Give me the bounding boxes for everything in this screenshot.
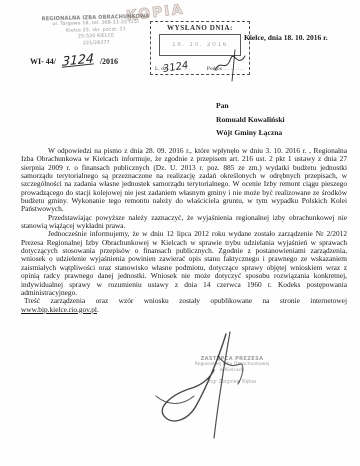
body-paragraph-3: Jednocześnie informujemy, że w dniu 12 l… — [21, 230, 347, 297]
body-paragraph-4: Treść zarządzenia oraz wzór wniosku zost… — [21, 297, 347, 314]
reference-prefix: WI- 44/ — [30, 57, 56, 66]
document-page: REGIONALNA IZBA OBRACHUNKOWA ul. Targowa… — [0, 0, 360, 466]
handwritten-registry-number: 3124 — [162, 60, 189, 75]
clerk-signature-icon — [211, 48, 251, 82]
addressee-name: Romuald Kowaliński — [216, 113, 285, 127]
handwritten-reference-number: 3124 — [62, 53, 94, 67]
addressee-block: Pan Romuald Kowaliński Wójt Gminy Łączna — [216, 99, 285, 140]
addressee-salutation: Pan — [216, 99, 285, 113]
reference-suffix: /2016 — [100, 57, 118, 66]
sent-stamp-title: WYSŁANO DNIA: — [151, 24, 249, 32]
body-paragraph-2: Przedstawiając powyższe należy zaznaczyć… — [21, 214, 347, 231]
addressee-title: Wójt Gminy Łączna — [216, 126, 285, 140]
reference-number: WI- 44/3124/2016 — [30, 55, 118, 66]
bip-url-link: www.bip.kielce.rio.gov.pl — [21, 305, 97, 314]
body-paragraph-4-period: . — [97, 305, 99, 314]
sent-date-stamp: WYSŁANO DNIA: 18. 10. 2016 L. dz. ......… — [150, 21, 250, 75]
handwritten-signature-icon — [148, 326, 278, 446]
body-paragraph-1: W odpowiedzi na pismo z dnia 28. 09. 201… — [21, 147, 347, 214]
dateline: Kielce, dnia 18. 10. 2016 r. — [244, 33, 328, 42]
letter-body: W odpowiedzi na pismo z dnia 28. 09. 201… — [21, 147, 347, 314]
